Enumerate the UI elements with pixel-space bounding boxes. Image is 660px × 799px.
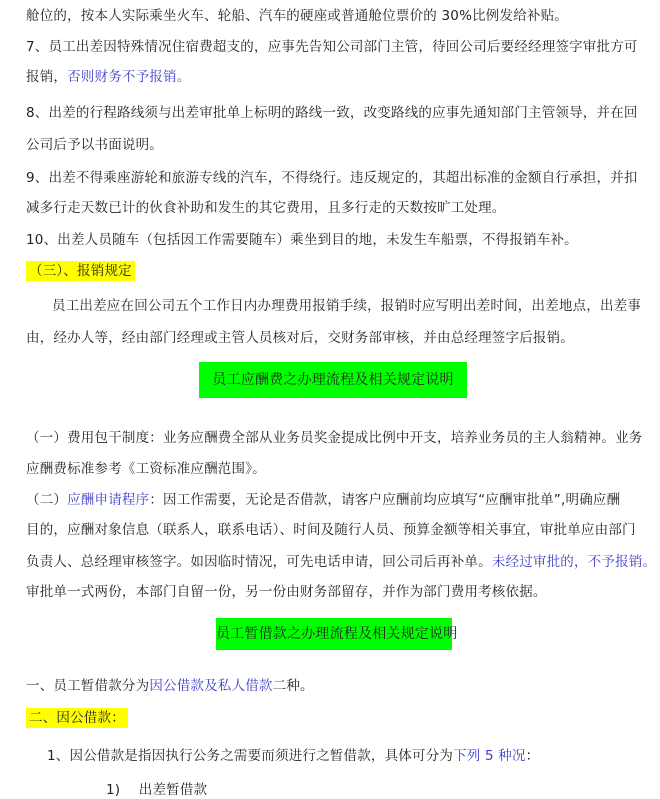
sub-item-number: 1) [106,782,120,798]
entertainment-item2-line4: 审批单一式两份，本部门自留一份，另一份由财务部留存，并作为部门费用考核依据。 [26,582,547,602]
loans-emphasis: 因公借款及私人借款 [149,678,272,694]
item2-rest: ：因工作需要，无论是否借款，请客户应酬前均应填写“应酬审批单”,明确应酬 [149,492,620,508]
loans-item1-suffix: ： [526,748,540,764]
rule-7-emphasis: 否则财务不予报销。 [67,69,190,85]
loans-prefix: 一、员工暂借款分为 [26,678,149,694]
loans-item1-emphasis: 下列 5 种况 [453,748,526,764]
rule-7-text: 报销， [26,69,67,85]
item2-line3-emphasis: 未经过审批的，不予报销。 [492,554,656,570]
rule-10: 10、出差人员随车（包括因工作需要随车）乘坐到目的地，未发生车船票，不得报销车补… [26,230,578,250]
entertainment-item2-line2: 目的，应酬对象信息（联系人，联系电话）、时间及随行人员、预算金额等相关事宜，审批… [26,520,636,540]
highlighted-heading: （三）、报销规定 [26,261,135,281]
entertainment-item1-line2: 应酬费标准参考《工资标准应酬范围》。 [26,459,266,479]
entertainment-item2-line1: （二）应酬申请程序：因工作需要，无论是否借款，请客户应酬前均应填写“应酬审批单”… [26,490,620,510]
rule-7-line1: 7、员工出差因特殊情况住宿费超支的，应事先告知公司部门主管，待回公司后要经经理签… [26,37,638,57]
sub-item-text: 出差暂借款 [139,782,208,798]
paragraph-line: 舱位的，按本人实际乘坐火车、轮船、汽车的硬座或普通舱位票价的 30%比例发给补贴… [26,6,568,26]
entertainment-item1-line1: （一）费用包干制度：业务应酬费全部从业务员奖金提成比例中开支，培养业务员的主人翁… [26,428,643,448]
item2-line3-text: 负责人、总经理审核签字。如因临时情况，可先电话申请，回公司后再补单。 [26,554,492,570]
loans-section2-heading: 二、因公借款： [26,708,128,728]
loan-banner: 员工暂借款之办理流程及相关规定说明 [216,618,452,650]
section-3-heading: （三）、报销规定 [26,261,135,281]
section-3-body-line1: 员工出差应在回公司五个工作日内办理费用报销手续，报销时应写明出差时间，出差地点，… [52,296,641,316]
loans-sub-item-1: 1) 出差暂借款 [106,780,207,799]
rule-8-line1: 8、出差的行程路线须与出差审批单上标明的路线一致，改变路线的应事先通知部门主管领… [26,103,638,123]
entertainment-item2-line3: 负责人、总经理审核签字。如因临时情况，可先电话申请，回公司后再补单。未经过审批的… [26,552,656,572]
entertainment-banner: 员工应酬费之办理流程及相关规定说明 [199,362,467,398]
rule-9-line2: 减多行走天数已计的伙食补助和发生的其它费用，且多行走的天数按旷工处理。 [26,198,506,218]
rule-7-line2: 报销，否则财务不予报销。 [26,67,190,87]
loans-suffix: 二种。 [273,678,314,694]
section-3-body-line2: 由，经办人等，经由部门经理或主管人员核对后，交财务部审核，并由总经理签字后报销。 [26,328,574,348]
item2-prefix: （二） [26,492,67,508]
highlighted-heading: 二、因公借款： [26,708,128,728]
loans-item1-text: 1、因公借款是指因执行公务之需要而须进行之暂借款，具体可分为 [47,748,453,764]
rule-9-line1: 9、出差不得乘座游轮和旅游专线的汽车，不得绕行。违反规定的，其超出标准的金额自行… [26,168,638,188]
loans-item1: 1、因公借款是指因执行公务之需要而须进行之暂借款，具体可分为下列 5 种况： [47,746,539,766]
rule-8-line2: 公司后予以书面说明。 [26,135,163,155]
item2-emphasis: 应酬申请程序 [67,492,149,508]
loans-line1: 一、员工暂借款分为因公借款及私人借款二种。 [26,676,314,696]
